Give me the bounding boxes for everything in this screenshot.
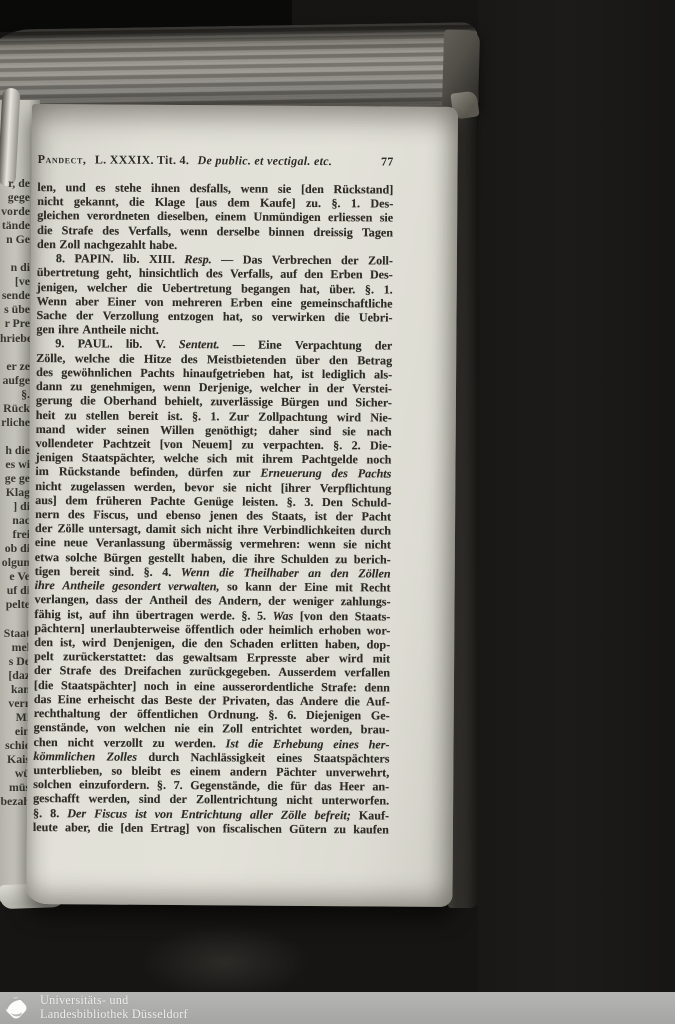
torn-text-fragment: h die (0, 443, 30, 457)
page-number: 77 (381, 154, 394, 169)
torn-text-fragment: er ze (0, 359, 30, 373)
torn-text-fragment: ] di (0, 499, 30, 513)
text-line: nichtzugelassenwerden,bevorsienicht[ihre… (35, 479, 391, 496)
torn-text-fragment: uf di (0, 583, 30, 597)
page-content: Pandect, L. XXXIX. Tit. 4. De public. et… (27, 104, 394, 837)
torn-text-fragment: pelte (0, 597, 30, 611)
backdrop-right (478, 0, 675, 1024)
backdrop-reflection (140, 925, 310, 1000)
torn-text-fragment: s übe (0, 302, 30, 316)
torn-text-fragment: gege (0, 190, 30, 204)
torn-text-fragment: r, de (0, 176, 30, 190)
torn-text-fragment: Mi (0, 710, 30, 724)
torn-text-fragment: s De (0, 654, 30, 668)
torn-text-fragment: vorde (0, 204, 30, 218)
footer-bar: Universitäts- und Landesbibliothek Düsse… (0, 992, 675, 1024)
page-text: len,undessteheihnendesfalls,wennsie[denR… (33, 180, 394, 837)
torn-text-fragment: [ve (0, 274, 30, 288)
scanner-backdrop: { "scan": { "header": { "journal": "Pand… (0, 0, 675, 1024)
running-title-journal: Pandect, (38, 152, 87, 166)
torn-text-fragment: sende (0, 288, 30, 302)
page-header: Pandect, L. XXXIX. Tit. 4. De public. et… (38, 152, 394, 169)
torn-text-fragment: frei (0, 527, 30, 541)
torn-text-fragment: hriebe (0, 331, 30, 345)
torn-text-fragment: ein (0, 724, 30, 738)
torn-text-fragment: Kais (0, 752, 30, 766)
torn-text-fragment: aufge (0, 373, 30, 387)
torn-text-fragment (0, 246, 30, 260)
torn-text-fragment: mel (0, 640, 30, 654)
ulb-logo-icon (1, 993, 31, 1023)
running-title: Pandect, L. XXXIX. Tit. 4. De public. et… (38, 152, 338, 169)
torn-text-fragment: müs (0, 780, 30, 794)
torn-text-fragment: §. (0, 387, 30, 401)
text-line: leuteaber,die[denErtrag]vonfiscalischenG… (33, 820, 389, 837)
torn-text-fragment: Klag (0, 485, 30, 499)
left-page-fragments: r, degegevordetänden Ge n di[vesendes üb… (0, 176, 30, 812)
torn-text-fragment: verr (0, 696, 30, 710)
text-line: verlangen,dassderAntheildesAndern,derwen… (34, 592, 390, 609)
torn-text-fragment: Staat (0, 626, 30, 640)
library-name-line2: Landesbibliothek Düsseldorf (40, 1008, 188, 1022)
torn-text-fragment: ob di (0, 541, 30, 555)
torn-text-fragment (0, 345, 30, 359)
torn-text-fragment: schie (0, 738, 30, 752)
torn-text-fragment: rliche (0, 415, 30, 429)
running-title-locus: L. XXXIX. Tit. 4. (95, 152, 189, 167)
torn-text-fragment: [daz (0, 668, 30, 682)
torn-text-fragment: kan (0, 682, 30, 696)
torn-text-fragment: n di (0, 260, 30, 274)
library-name: Universitäts- und Landesbibliothek Düsse… (40, 994, 188, 1022)
torn-text-fragment: r Pre (0, 316, 30, 330)
text-line: solcheneinzufordern.§.7.Gegenstände,dief… (33, 777, 389, 794)
torn-text-fragment: ge ge (0, 471, 30, 485)
torn-text-fragment: wü (0, 766, 30, 780)
torn-text-fragment: bezah (0, 794, 30, 808)
torn-text-fragment: es wi (0, 457, 30, 471)
torn-text-fragment: olgun (0, 555, 30, 569)
torn-text-fragment: tände (0, 218, 30, 232)
running-title-latin: De public. et vectigal. etc. (197, 153, 332, 168)
torn-text-fragment: n Ge (0, 232, 30, 246)
torn-text-fragment: nac (0, 513, 30, 527)
torn-text-fragment (0, 611, 30, 625)
torn-text-fragment (0, 429, 30, 443)
torn-text-fragment: e Ve (0, 569, 30, 583)
scanned-page: Pandect, L. XXXIX. Tit. 4. De public. et… (26, 104, 458, 907)
library-name-line1: Universitäts- und (40, 994, 188, 1008)
torn-text-fragment: Rück (0, 401, 30, 415)
text-line: derZölleuntersagt,damitsichnichtihreVerb… (35, 521, 391, 538)
